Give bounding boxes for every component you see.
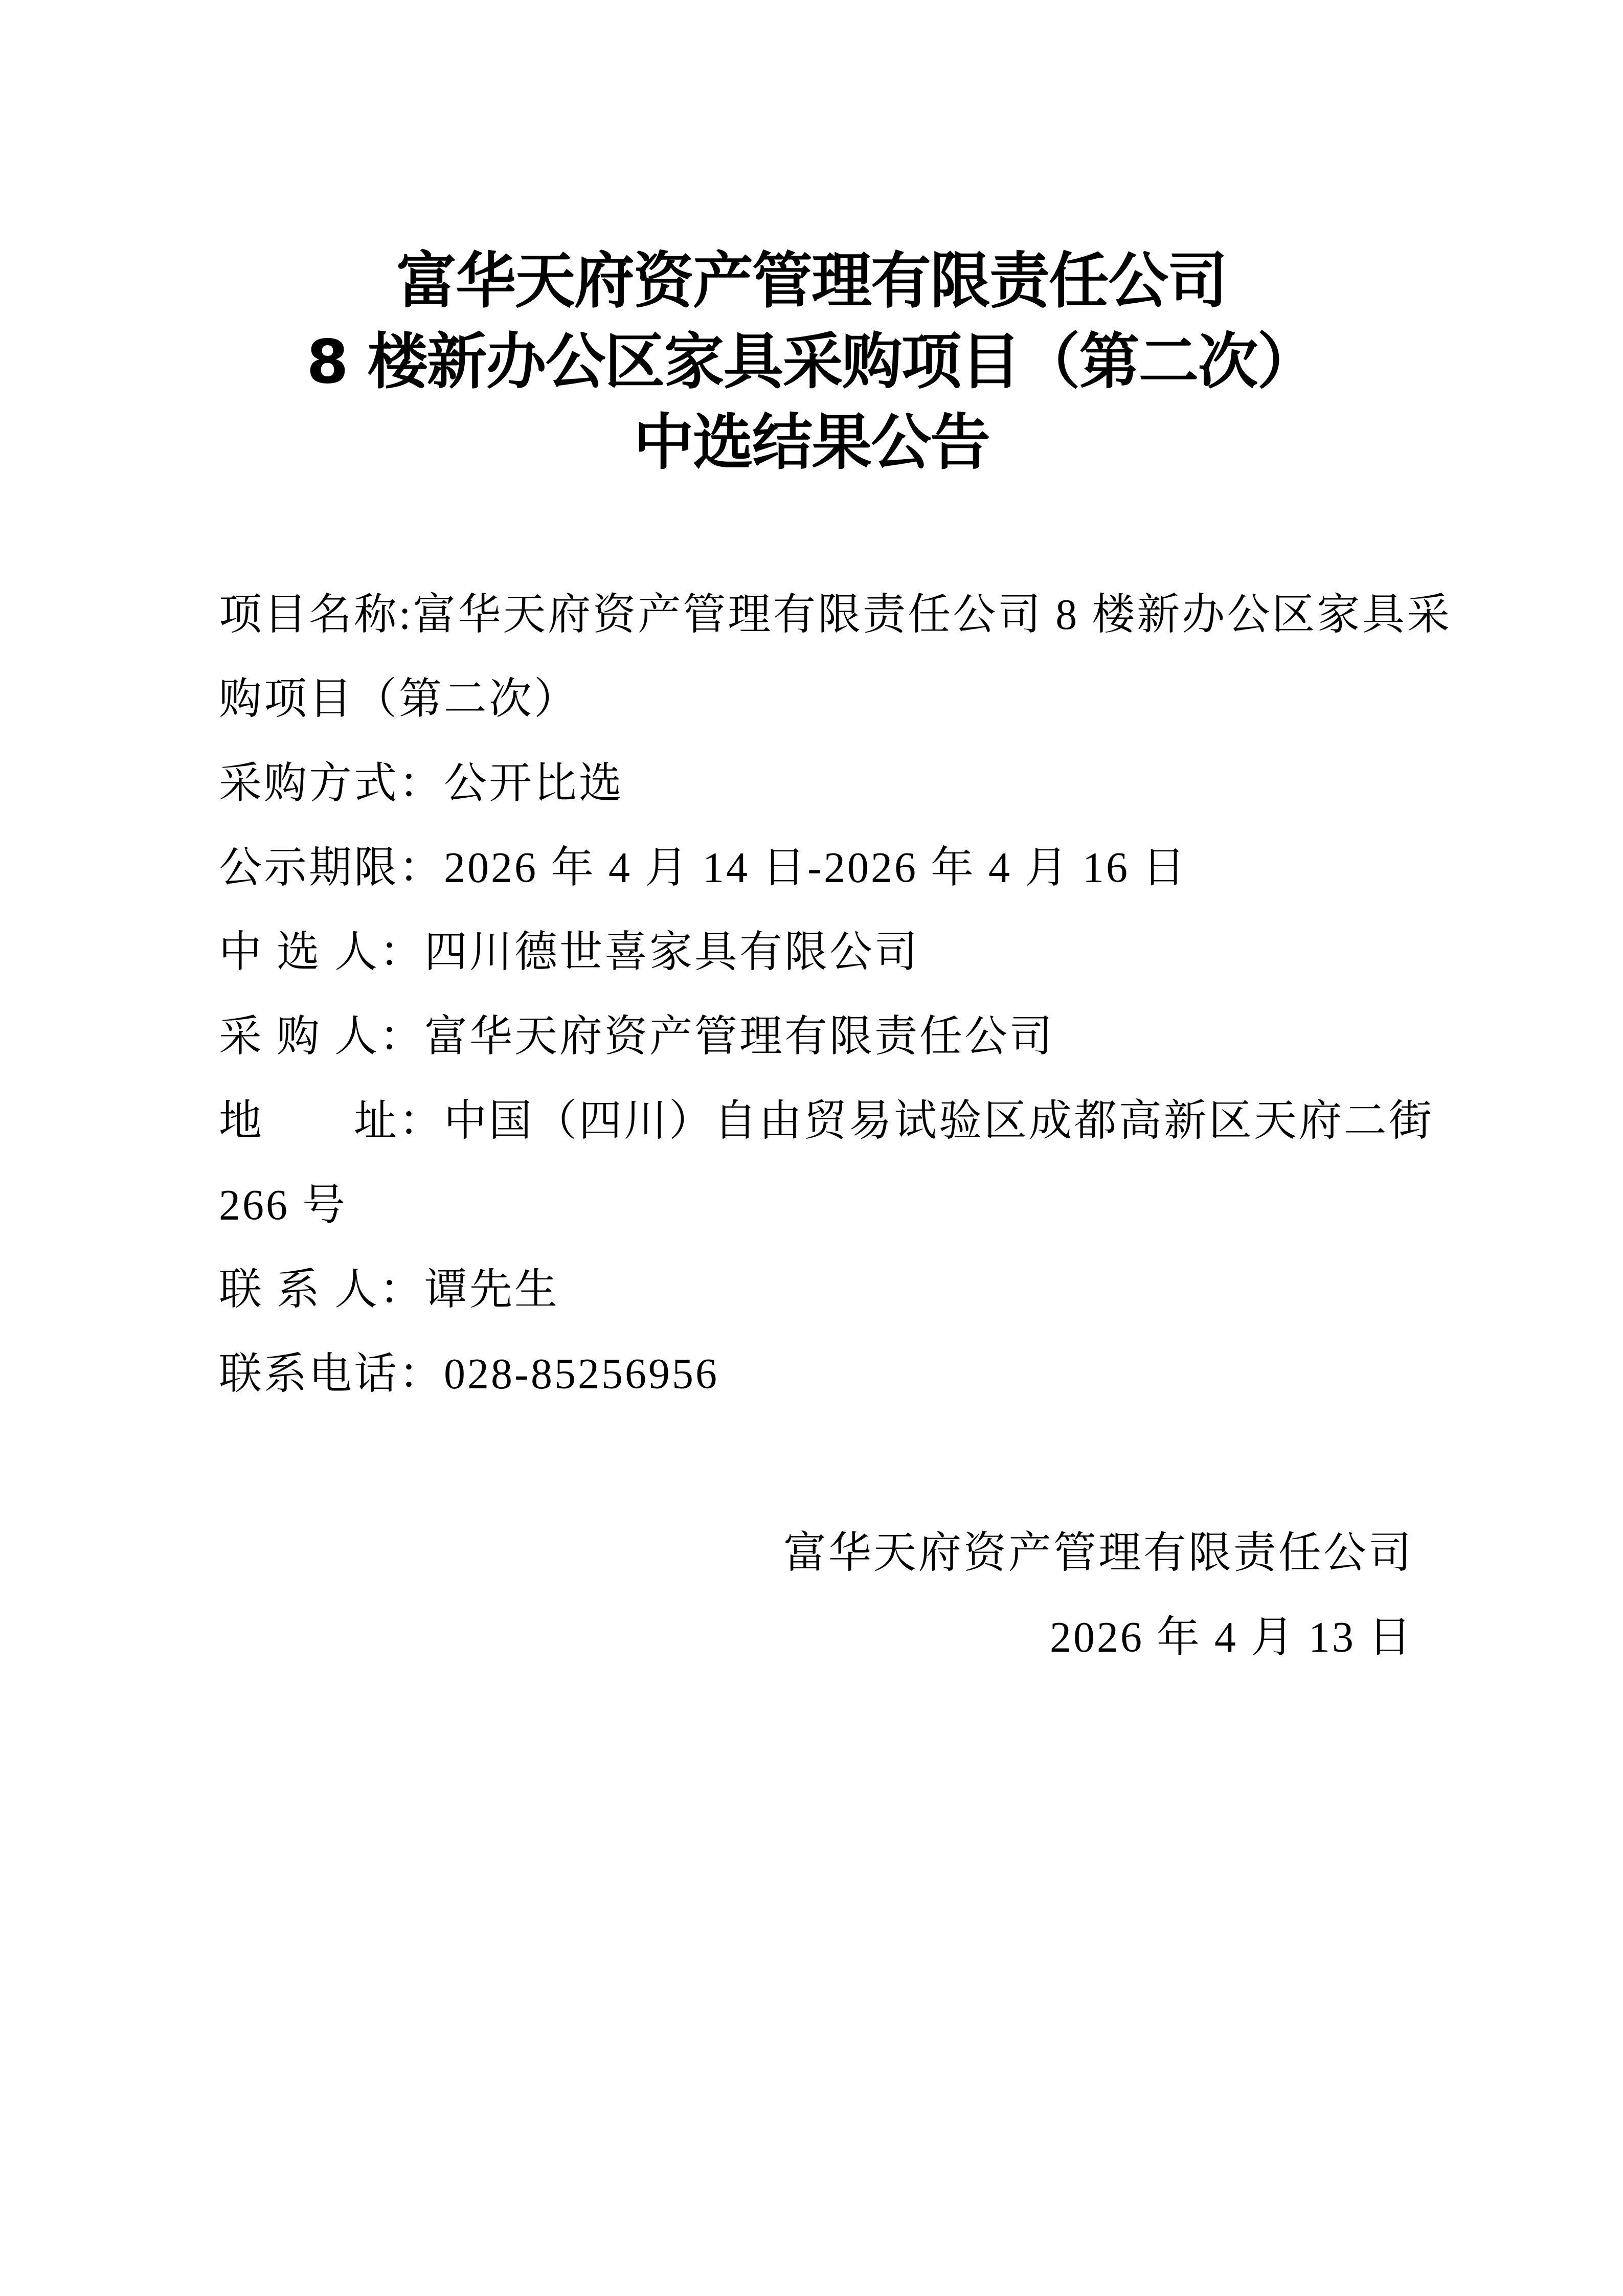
field-value-continued: 购项目（第二次） <box>219 676 579 723</box>
field-colon: ： <box>379 1013 424 1061</box>
signature-block: 富华天府资产管理有限责任公司 2026 年 4 月 13 日 <box>783 1511 1413 1680</box>
field-contact-phone: 联系电话：028-85256956 <box>219 1332 1415 1416</box>
field-label: 项目名称 <box>219 573 399 657</box>
field-value: 四川德世喜家具有限公司 <box>424 929 919 976</box>
field-label: 采购方式 <box>219 741 399 826</box>
field-label: 采 购 人 <box>219 995 379 1079</box>
notice-body: 项目名称:富华天府资产管理有限责任公司 8 楼新办公区家具采 购项目（第二次） … <box>219 573 1415 1416</box>
field-value: 2026 年 4 月 14 日-2026 年 4 月 16 日 <box>444 844 1187 892</box>
field-contact-person: 联 系 人：谭先生 <box>219 1248 1415 1332</box>
field-label: 地 址 <box>219 1079 399 1163</box>
field-label: 公示期限 <box>219 826 399 910</box>
field-project-name: 项目名称:富华天府资产管理有限责任公司 8 楼新办公区家具采 <box>219 573 1415 657</box>
signature-date: 2026 年 4 月 13 日 <box>783 1595 1413 1680</box>
field-colon: ： <box>399 844 444 892</box>
field-procurement-method: 采购方式：公开比选 <box>219 741 1415 826</box>
field-colon: ： <box>399 1350 444 1398</box>
field-label: 中 选 人 <box>219 910 379 995</box>
document-page: 富华天府资产管理有限责任公司 8 楼新办公区家具采购项目（第二次） 中选结果公告… <box>0 0 1623 2296</box>
field-colon: ： <box>379 929 424 976</box>
document-title: 富华天府资产管理有限责任公司 8 楼新办公区家具采购项目（第二次） 中选结果公告 <box>0 240 1623 483</box>
field-selected-supplier: 中 选 人：四川德世喜家具有限公司 <box>219 910 1415 995</box>
field-colon: ： <box>399 760 444 807</box>
field-value: 028-85256956 <box>444 1350 719 1398</box>
field-colon: : <box>399 591 413 639</box>
field-value: 中国（四川）自由贸易试验区成都高新区天府二街 <box>444 1097 1434 1145</box>
field-label: 联系电话 <box>219 1332 399 1416</box>
title-line-project: 8 楼新办公区家具采购项目（第二次） <box>0 321 1623 402</box>
field-publicity-period: 公示期限：2026 年 4 月 14 日-2026 年 4 月 16 日 <box>219 826 1415 910</box>
field-address: 地 址：中国（四川）自由贸易试验区成都高新区天府二街 <box>219 1079 1415 1163</box>
title-line-company: 富华天府资产管理有限责任公司 <box>0 240 1623 321</box>
field-project-name-continued: 购项目（第二次） <box>219 657 1415 741</box>
field-label: 联 系 人 <box>219 1248 379 1332</box>
field-value: 富华天府资产管理有限责任公司 8 楼新办公区家具采 <box>413 591 1452 639</box>
field-value: 富华天府资产管理有限责任公司 <box>424 1013 1054 1061</box>
field-colon: ： <box>379 1266 424 1314</box>
field-address-continued: 266 号 <box>219 1163 1415 1248</box>
field-colon: ： <box>399 1097 444 1145</box>
field-purchaser: 采 购 人：富华天府资产管理有限责任公司 <box>219 995 1415 1079</box>
field-value: 公开比选 <box>444 760 624 807</box>
signature-organization: 富华天府资产管理有限责任公司 <box>783 1511 1413 1595</box>
title-line-notice: 中选结果公告 <box>0 402 1623 483</box>
field-value-continued: 266 号 <box>219 1182 347 1229</box>
field-value: 谭先生 <box>424 1266 559 1314</box>
